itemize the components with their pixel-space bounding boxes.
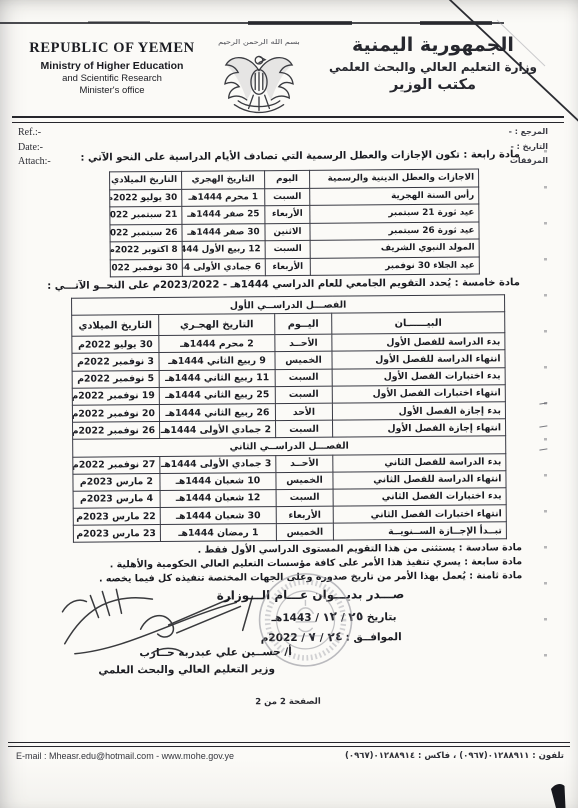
hijri-cell: 25 صفر 1444هـ [182, 206, 265, 224]
article-4-text: مادة رابعة : تكون الإجازات والعطل الرسمي… [80, 149, 520, 163]
day-cell: السبت [276, 489, 333, 507]
greg-cell: 30 يوليو 2022م [110, 189, 182, 207]
article-6-text: مادة سادسة : يستثنى من هذا التقويم المست… [198, 542, 523, 556]
day-cell: الأربعاء [276, 506, 333, 524]
day-cell: الأربعاء [265, 205, 310, 223]
greg-cell: 23 مارس 2023م [73, 525, 160, 543]
scanned-document-page: REPUBLIC OF YEMEN Ministry of Higher Edu… [0, 0, 578, 808]
greg-cell: 4 مارس 2023م [73, 490, 160, 508]
footer-double-rule [8, 742, 570, 747]
hijri-cell: 30 صفر 1444هـ [182, 223, 265, 241]
hijri-cell: 2 محرم 1444هـ [159, 335, 275, 353]
day-cell: الخميس [275, 352, 332, 370]
hijri-cell: 2 جمادي الأولى 1444هـ [160, 421, 276, 439]
greg-cell: 30 نوفمبر 2022م [110, 259, 182, 277]
hijri-cell: 1 محرم 1444هـ [182, 188, 265, 206]
academic-calendar-table: الفصـــل الدراســي الأول البيــــــان ال… [71, 294, 507, 543]
day-cell: السبت [275, 386, 332, 404]
signer-title: وزير التعليم العالي والبحث العلمي [98, 663, 275, 676]
day-cell: الأحد [275, 403, 332, 421]
day-cell: الاثنين [265, 223, 310, 241]
hijri-header-cell: التاريخ الهجـري [159, 314, 275, 336]
day-cell: السبت [265, 188, 310, 206]
greg-cell: 30 يوليو 2022م [72, 336, 159, 354]
day-cell: الأحــد [276, 455, 333, 473]
greg-cell: 22 مارس 2023م [73, 508, 160, 526]
hijri-date-label: بتاريخ [367, 611, 397, 623]
day-header-cell: اليــوم [275, 313, 332, 334]
hijri-cell: 12 ربيع الأول 1444هـ [182, 241, 265, 259]
greg-cell: 20 نوفمبر 2022م [72, 404, 159, 422]
greg-cell: 26 سبتمبر 2022م [110, 224, 182, 242]
event-cell: عيد الجلاء 30 نوفمبر [310, 257, 479, 276]
greg-cell: 26 نوفمبر 2022م [72, 422, 159, 440]
day-cell: السبت [275, 369, 332, 387]
hijri-cell: 11 ربيع الثاني 1444هـ [159, 369, 275, 387]
statement-cell: بدء اختبارات الفصل الثاني [333, 488, 506, 507]
day-cell: الخميس [276, 523, 333, 541]
article-7-text: مادة سابعة : يسري تنفيذ هذا الأمر على كا… [110, 556, 522, 570]
day-cell: السبت [276, 420, 333, 438]
statement-cell: بدء إجازة الفصل الأول [332, 402, 505, 421]
statement-header-cell: البيــــــان [332, 312, 505, 334]
footer-phone-line: تلفون : ٠١٢٨٨٩١١(٠٩٦٧) ، فاكس : ٠١٢٨٨٩١٤… [345, 751, 564, 761]
greg-cell: 5 نوفمبر 2022م [72, 370, 159, 388]
hijri-cell: 1 رمضان 1444هـ [160, 524, 276, 542]
page-number: الصفحة 2 من 2 [255, 697, 321, 708]
event-cell: المولد النبوي الشريف [310, 239, 479, 258]
statement-cell: انتهاء اختبارات الفصل الأول [332, 385, 505, 404]
hijri-cell: 25 ربيع الثاني 1444هـ [159, 386, 275, 404]
day-cell: الأحــد [275, 334, 332, 352]
article-5-text: مادة خامسة : يُحدد التقويم الجامعي للعام… [47, 277, 520, 292]
statement-cell: بدء الدراسة للفصل الأول [332, 333, 505, 352]
greg-cell: 8 اكتوبر 2022م [110, 241, 182, 259]
day-cell: السبت [265, 240, 310, 258]
hijri-cell: 26 ربيع الثاني 1444هـ [159, 404, 275, 422]
statement-cell: تبــدأ الإجــازة الســنويــة [333, 522, 506, 541]
greg-header-cell: التاريخ الميلادي [72, 315, 159, 337]
event-cell: رأس السنة الهجرية [310, 187, 479, 206]
statement-cell: انتهاء إجازة الفصل الأول [333, 419, 506, 438]
greg-cell: 3 نوفمبر 2022م [72, 353, 159, 371]
statement-cell: بدء الدراسة للفصل الثاني [333, 453, 506, 472]
statement-cell: انتهاء اختبارات الفصل الثاني [333, 505, 506, 524]
greg-cell: 27 نوفمبر 2022م [73, 456, 160, 474]
day-header-cell: اليوم [265, 170, 310, 188]
document-body: مادة رابعة : تكون الإجازات والعطل الرسمي… [0, 0, 578, 808]
statement-cell: انتهاء الدراسة للفصل الثاني [333, 470, 506, 489]
event-cell: عيد ثورة 21 سبتمبر [310, 204, 479, 223]
statement-cell: انتهاء الدراسة للفصل الأول [332, 350, 505, 369]
greg-header-cell: التاريخ الميلادي [110, 171, 182, 189]
hijri-cell: 30 شعبان 1444هـ [160, 507, 276, 525]
hijri-header-cell: التاريخ الهجري [182, 171, 265, 189]
day-cell: الخميس [276, 472, 333, 490]
hijri-cell: 3 جمادي الأولى 1444هـ [160, 455, 276, 473]
footer-email-line: E-mail : Mheasr.edu@hotmail.com - www.mo… [16, 751, 234, 761]
greg-cell: 2 مارس 2023م [73, 473, 160, 491]
greg-cell: 21 سبتمبر 2022م [110, 206, 182, 224]
holidays-header-cell: الاجازات والعطل الدينية والرسمية [310, 169, 479, 188]
greg-cell: 19 نوفمبر 2022م [72, 387, 159, 405]
statement-cell: بدء اختبارات الفصل الأول [332, 367, 505, 386]
signer-name: أ/ حســين علي عبدربه حــازب [139, 646, 292, 659]
hijri-cell: 10 شعبان 1444هـ [160, 472, 276, 490]
hijri-cell: 9 ربيع الثاني 1444هـ [159, 352, 275, 370]
hijri-cell: 6 جمادي الأولى 1444هـ [182, 258, 265, 276]
day-cell: الأربعاء [265, 258, 310, 276]
hijri-cell: 12 شعبان 1444هـ [160, 489, 276, 507]
event-cell: عيد ثورة 26 سبتمبر [310, 222, 479, 241]
table-row: عيد الجلاء 30 نوفمبر الأربعاء 6 جمادي ال… [110, 257, 479, 277]
table-row: تبــدأ الإجــازة الســنويــة الخميس 1 رم… [73, 522, 506, 543]
holidays-table: الاجازات والعطل الدينية والرسمية اليوم ا… [109, 169, 480, 278]
